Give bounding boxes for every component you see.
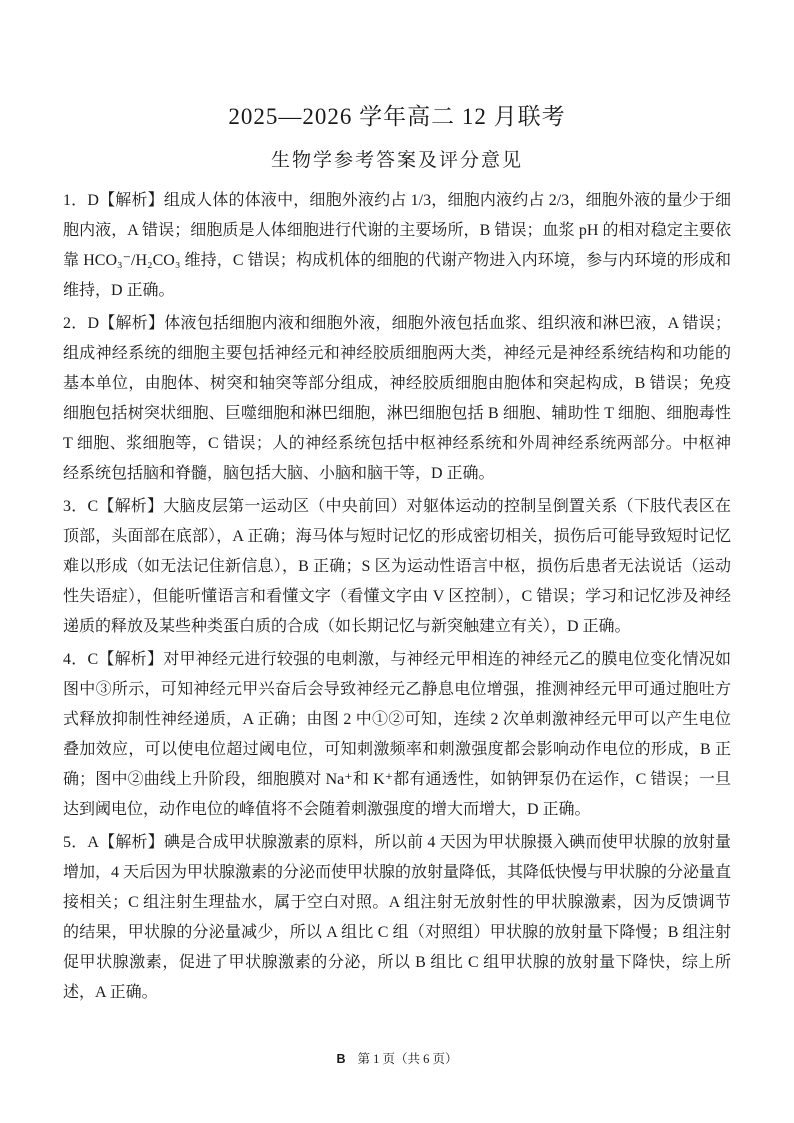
answer-paragraph: 3．C【解析】大脑皮层第一运动区（中央前回）对躯体运动的控制呈倒置关系（下肢代表… — [63, 492, 731, 642]
answer-number-and-letter: 3．C【解析】 — [63, 498, 163, 515]
answer-paragraph: 2．D【解析】体液包括细胞内液和细胞外液，细胞外液包括血浆、组织液和淋巴液，A … — [63, 309, 731, 489]
answer-number-and-letter: 1．D【解析】 — [63, 192, 164, 209]
document-page: 2025—2026 学年高二 12 月联考 生物学参考答案及评分意见 1．D【解… — [0, 0, 794, 1123]
answer-explanation: 大脑皮层第一运动区（中央前回）对躯体运动的控制呈倒置关系（下肢代表区在顶部，头面… — [63, 498, 731, 635]
footer-page-label: 第 1 页（共 6 页） — [358, 1052, 458, 1066]
page-footer: B第 1 页（共 6 页） — [0, 1051, 794, 1067]
footer-version-marker: B — [336, 1052, 345, 1066]
answer-paragraph: 1．D【解析】组成人体的体液中，细胞外液约占 1/3，细胞内液约占 2/3，细胞… — [63, 186, 731, 306]
answer-paragraph: 5．A【解析】碘是合成甲状腺激素的原料，所以前 4 天因为甲状腺摄入碘而使甲状腺… — [63, 828, 731, 1008]
answers-section: 1．D【解析】组成人体的体液中，细胞外液约占 1/3，细胞内液约占 2/3，细胞… — [63, 186, 731, 1008]
answer-explanation: 体液包括细胞内液和细胞外液，细胞外液包括血浆、组织液和淋巴液，A 错误；组成神经… — [63, 315, 731, 482]
answer-explanation: 组成人体的体液中，细胞外液约占 1/3，细胞内液约占 2/3，细胞外液的量少于细… — [63, 192, 731, 299]
answer-paragraph: 4．C【解析】对甲神经元进行较强的电刺激，与神经元甲相连的神经元乙的膜电位变化情… — [63, 645, 731, 825]
answer-number-and-letter: 4．C【解析】 — [63, 651, 163, 668]
page-title: 2025—2026 学年高二 12 月联考 — [0, 102, 794, 132]
answer-explanation: 对甲神经元进行较强的电刺激，与神经元甲相连的神经元乙的膜电位变化情况如图中③所示… — [63, 651, 731, 818]
page-subtitle: 生物学参考答案及评分意见 — [0, 148, 794, 174]
answer-explanation: 碘是合成甲状腺激素的原料，所以前 4 天因为甲状腺摄入碘而使甲状腺的放射量增加，… — [63, 834, 731, 1001]
answer-number-and-letter: 2．D【解析】 — [63, 315, 164, 332]
answer-number-and-letter: 5．A【解析】 — [63, 834, 164, 851]
